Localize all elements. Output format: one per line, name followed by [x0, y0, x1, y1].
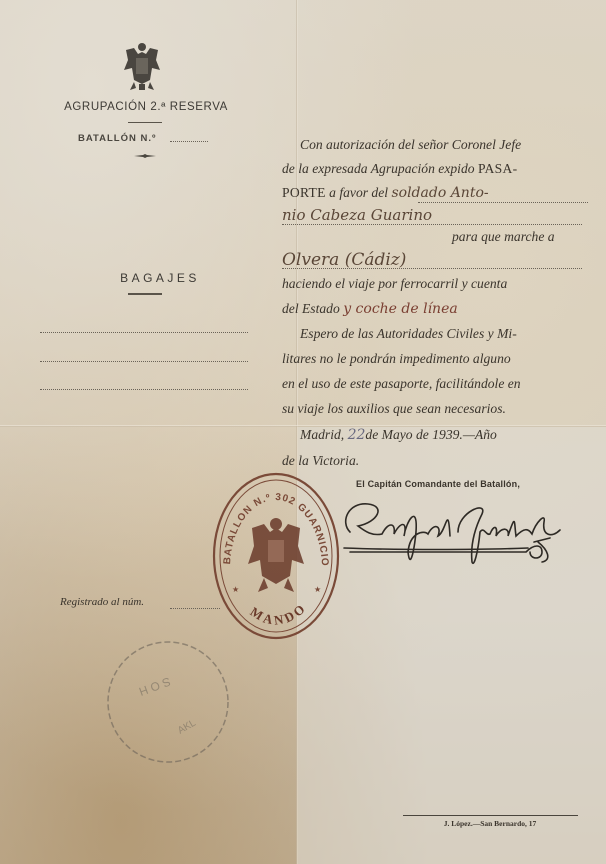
organization-title: AGRUPACIÓN 2.ª RESERVA: [60, 101, 232, 113]
printer-imprint: J. López.—San Bernardo, 17: [390, 819, 590, 828]
faded-round-stamp: S O H AKL: [100, 634, 236, 770]
name-fill-line-2: [282, 224, 582, 225]
svg-text:★: ★: [314, 585, 321, 594]
battalion-number-field: [170, 141, 208, 142]
title-underline: [128, 122, 162, 123]
body-line-2: de la expresada Agrupación expido PASA-: [282, 161, 582, 177]
body-line-10: en el uso de este pasaporte, facilitándo…: [282, 376, 582, 392]
body-line-9: litares no le pondrán impedimento alguno: [282, 351, 582, 367]
bagajes-line-1: [40, 332, 248, 333]
body-line-1: Con autorización del señor Coronel Jefe: [300, 137, 600, 153]
handwritten-transport: y coche de línea: [343, 301, 458, 317]
body-line-11: su viaje los auxilios que sean necesario…: [282, 401, 582, 417]
bagajes-underline: [128, 293, 162, 295]
handwritten-name-2: nio Cabeza Guarino: [282, 206, 582, 224]
date-line-2: de la Victoria.: [282, 453, 582, 469]
destination-fill-line: [282, 268, 582, 269]
registered-label: Registrado al núm.: [60, 596, 144, 608]
handwritten-signature: [338, 492, 568, 572]
stamp-eagle-icon: [248, 518, 304, 592]
body-line-3-text: a favor del: [326, 185, 392, 200]
stamp-bottom-text: MANDO: [248, 600, 310, 628]
handwritten-name-1: soldado Anto-: [391, 185, 488, 201]
eagle-crest-icon: [120, 40, 164, 92]
handwritten-destination: Olvera (Cádiz): [282, 250, 582, 270]
name-fill-line-1: [418, 202, 588, 203]
svg-text:S O H: S O H: [137, 674, 172, 698]
body-line-7: del Estado y coche de línea: [282, 301, 582, 317]
official-oval-stamp: BATALLON N.º 302 GUARNICION MANDO ★ ★: [208, 468, 344, 644]
body-line-8: Espero de las Autoridades Civiles y Mi-: [300, 326, 600, 342]
date-line: Madrid, 22de Mayo de 1939.—Año: [300, 427, 600, 443]
bagajes-line-2: [40, 361, 248, 362]
date-city: Madrid,: [300, 427, 344, 442]
printer-rule: [403, 815, 578, 816]
registered-number-field: [170, 608, 220, 609]
body-line-2-text: de la expresada Agrupación expido: [282, 161, 478, 176]
svg-text:★: ★: [232, 585, 239, 594]
body-line-2-caps: PASA-: [478, 161, 518, 176]
date-rest: de Mayo de 1939.—Año: [365, 427, 496, 442]
svg-text:AKL: AKL: [176, 717, 198, 736]
signature-title: El Capitán Comandante del Batallón,: [356, 479, 520, 489]
ornament-divider-icon: [134, 154, 156, 158]
body-line-6: haciendo el viaje por ferrocarril y cuen…: [282, 276, 582, 292]
body-line-3-caps: PORTE: [282, 185, 326, 200]
handwritten-day: 22: [348, 427, 366, 443]
bagajes-heading: BAGAJES: [70, 271, 250, 285]
bagajes-line-3: [40, 389, 248, 390]
body-line-7-text: del Estado: [282, 301, 340, 316]
vertical-fold-line: [296, 0, 298, 864]
body-line-3: PORTE a favor del soldado Anto-: [282, 185, 582, 201]
svg-text:MANDO: MANDO: [248, 600, 310, 628]
body-line-5: para que marche a: [452, 229, 606, 245]
battalion-label: BATALLÓN N.º: [78, 133, 156, 144]
